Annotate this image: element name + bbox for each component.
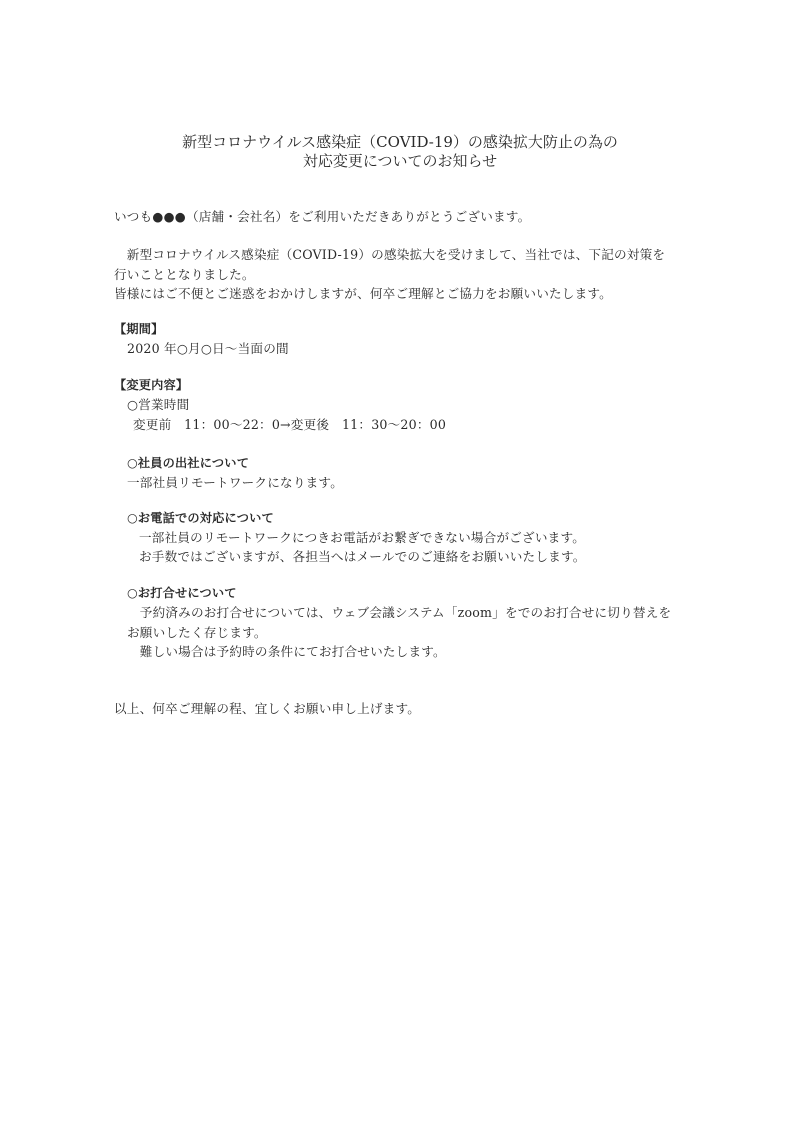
intro-line-3: 皆様にはご不便とご迷惑をおかけしますが、何卒ご理解とご協力をお願いいたします。 (114, 285, 612, 302)
section-office-line-1: 一部社員リモートワークになります。 (127, 474, 343, 491)
greeting: いつも●●●（店舗・会社名）をご利用いただきありがとうございます。 (114, 208, 530, 225)
intro-line-2: 行いこととなりました。 (114, 266, 255, 283)
document-title-line2: 対応変更についてのお知らせ (0, 152, 800, 171)
hours-label: ○営業時間 (127, 396, 189, 413)
section-phone-line-1: 一部社員のリモートワークにつきお電話がお繋ぎできない場合がございます。 (139, 529, 585, 546)
section-meeting-line-1: 予約済みのお打合せについては、ウェブ会議システム「zoom」をでのお打合せに切り… (127, 604, 671, 621)
hours-text: 変更前 11：00～22：0→変更後 11：30～20：00 (133, 416, 446, 433)
section-heading-office: ○社員の出社について (127, 455, 249, 472)
changes-heading: 【変更内容】 (114, 377, 188, 394)
document-title-line1: 新型コロナウイルス感染症（COVID-19）の感染拡大防止の為の (0, 133, 800, 152)
section-meeting-line-3: 難しい場合は予約時の条件にてお打合せいたします。 (127, 643, 446, 660)
section-meeting-line-2: お願いしたく存じます。 (127, 624, 267, 641)
closing: 以上、何卒ご理解の程、宜しくお願い申し上げます。 (114, 700, 420, 717)
intro-line-1: 新型コロナウイルス感染症（COVID-19）の感染拡大を受けまして、当社では、下… (114, 246, 665, 263)
period-text: 2020 年○月○日～当面の間 (127, 340, 289, 357)
section-heading-phone: ○お電話での対応について (127, 510, 274, 527)
period-heading: 【期間】 (114, 321, 164, 338)
section-phone-line-2: お手数ではございますが、各担当へはメールでのご連絡をお願いいたします。 (139, 548, 586, 565)
section-heading-meeting: ○お打合せについて (127, 585, 237, 602)
